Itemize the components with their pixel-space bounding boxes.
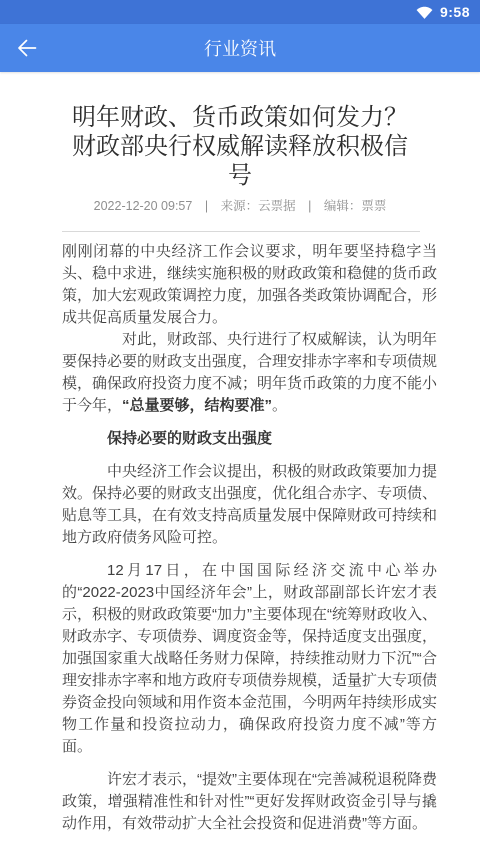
article-body: 刚刚闭幕的中央经济工作会议要求，明年要坚持稳字当头、稳中求进，继续实施积极的财政… <box>0 232 480 835</box>
wifi-icon <box>416 5 433 20</box>
section-subheading: 保持必要的财政支出强度 <box>62 428 437 450</box>
paragraph-2-bold: “总量要够，结构要准” <box>122 397 272 414</box>
app-screen: 9:58 行业资讯 明年财政、货币政策如何发力？财政部央行权威解读释放积极信号 … <box>0 0 480 853</box>
back-button[interactable] <box>8 24 52 72</box>
article-title: 明年财政、货币政策如何发力？财政部央行权威解读释放积极信号 <box>62 103 418 190</box>
status-bar: 9:58 <box>0 0 480 24</box>
page-title: 行业资讯 <box>204 35 276 61</box>
paragraph-3: 中央经济工作会议提出，积极的财政政策要加力提效。保持必要的财政支出强度，优化组合… <box>62 461 437 549</box>
app-bar: 行业资讯 <box>0 24 480 72</box>
paragraph-5: 许宏才表示，“提效”主要体现在“完善减税退税降费政策，增强精准性和针对性”“更好… <box>62 769 437 835</box>
status-time: 9:58 <box>440 4 470 20</box>
paragraph-4: 12月17日，在中国国际经济交流中心举办的“2022-2023中国经济年会”上，… <box>62 560 437 758</box>
paragraph-2: 对此，财政部、央行进行了权威解读，认为明年要保持必要的财政支出强度，合理安排赤字… <box>62 329 437 417</box>
article-meta: 2022-12-20 09:57 | 来源：云票据 | 编辑：票票 <box>30 198 450 215</box>
article-view[interactable]: 明年财政、货币政策如何发力？财政部央行权威解读释放积极信号 2022-12-20… <box>0 72 480 853</box>
paragraph-1: 刚刚闭幕的中央经济工作会议要求，明年要坚持稳字当头、稳中求进，继续实施积极的财政… <box>62 241 437 329</box>
arrow-left-icon <box>15 36 39 60</box>
paragraph-2-end: 。 <box>272 397 287 414</box>
